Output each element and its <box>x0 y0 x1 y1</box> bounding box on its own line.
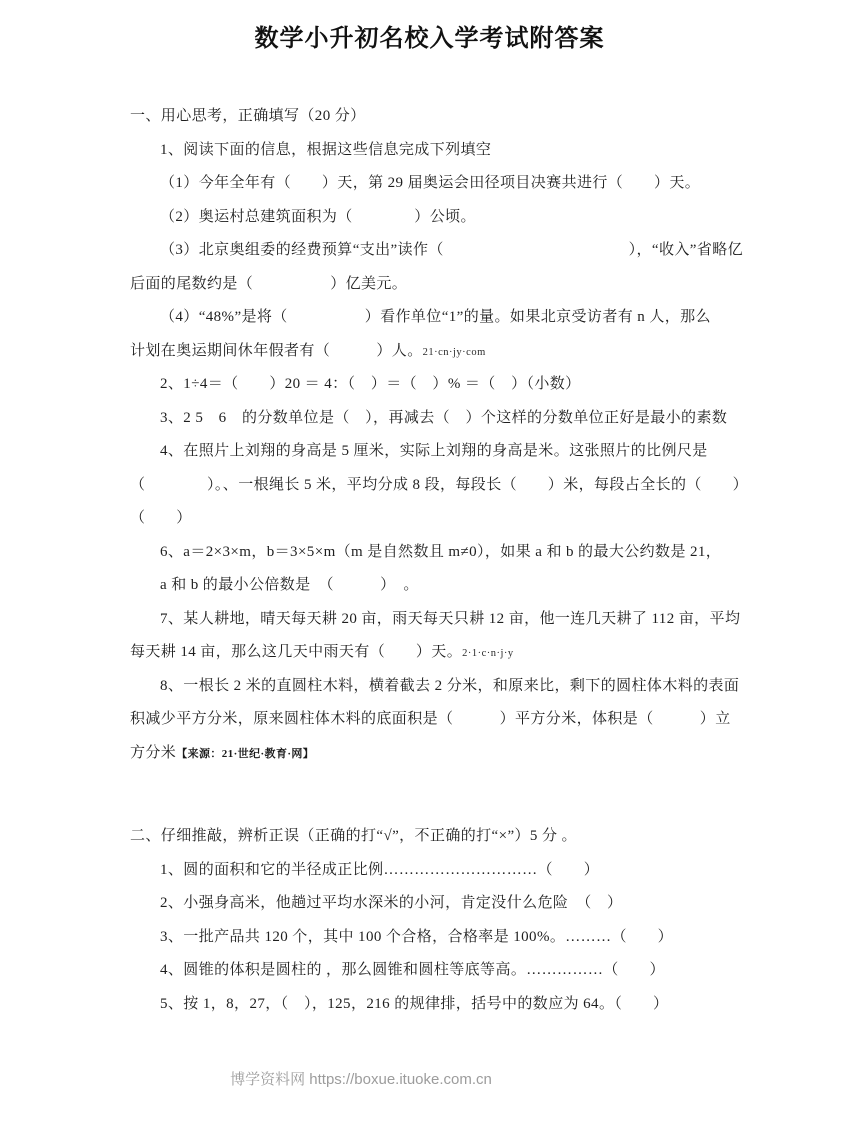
line-text: 8、一根长 2 米的直圆柱木料，横着截去 2 分米，和原来比，剩下的圆柱体木料的… <box>160 678 739 694</box>
line-text: （3）北京奥组委的经费预算“支出”读作（ ），“收入”省略亿 <box>160 242 743 258</box>
document-line: 6、a＝2×3×m，b＝3×5×m（m 是自然数且 m≠0），如果 a 和 b … <box>130 536 770 570</box>
document-body: 一、用心思考，正确填写（20 分）1、阅读下面的信息，根据这些信息完成下列填空（… <box>130 100 770 1021</box>
document-line: 2、小强身高米，他趟过平均水深米的小河，肯定没什么危险 （ ） <box>130 887 770 921</box>
document-line: 后面的尾数约是（ ）亿美元。 <box>130 268 770 302</box>
line-text: 每天耕 14 亩，那么这几天中雨天有（ ）天。 <box>130 644 462 660</box>
document-line: 方分米【来源：21·世纪·教育·网】 <box>130 737 770 771</box>
line-text: 3、一批产品共 120 个，其中 100 个合格，合格率是 100%。………（ … <box>160 929 673 945</box>
line-text: 积减少平方分米，原来圆柱体木料的底面积是（ ）平方分米，体积是（ ）立 <box>130 711 731 727</box>
line-text: （ ） <box>130 510 192 526</box>
line-text: 后面的尾数约是（ ）亿美元。 <box>130 276 407 292</box>
line-text: 5、按 1，8，27，（ ），125，216 的规律排，括号中的数应为 64。（… <box>160 996 668 1012</box>
document-line: 积减少平方分米，原来圆柱体木料的底面积是（ ）平方分米，体积是（ ）立 <box>130 703 770 737</box>
page-title: 数学小升初名校入学考试附答案 <box>0 18 859 53</box>
footer-watermark: 博学资料网 https://boxue.ituoke.com.cn <box>0 1068 722 1089</box>
line-text: a 和 b 的最小公倍数是 （ ） 。 <box>160 577 419 593</box>
document-line: 3、2 5 6 的分数单位是（ ），再减去（ ）个这样的分数单位正好是最小的素数 <box>130 402 770 436</box>
line-text: 4、在照片上刘翔的身高是 5 厘米，实际上刘翔的身高是米。这张照片的比例尺是 <box>160 443 708 459</box>
document-line: 每天耕 14 亩，那么这几天中雨天有（ ）天。2·1·c·n·j·y <box>130 636 770 670</box>
document-line: 4、在照片上刘翔的身高是 5 厘米，实际上刘翔的身高是米。这张照片的比例尺是 <box>130 435 770 469</box>
line-text: 7、某人耕地，晴天每天耕 20 亩，雨天每天只耕 12 亩，他一连几天耕了 11… <box>160 611 740 627</box>
document-line: 7、某人耕地，晴天每天耕 20 亩，雨天每天只耕 12 亩，他一连几天耕了 11… <box>130 603 770 637</box>
line-text: 方分米 <box>130 745 176 761</box>
document-line: 2、1÷4＝（ ）20 ＝ 4：（ ）＝（ ）% ＝（ ）（小数） <box>130 368 770 402</box>
document-line: （2）奥运村总建筑面积为（ ）公顷。 <box>130 201 770 235</box>
line-text: 一、用心思考，正确填写（20 分） <box>130 108 366 124</box>
line-text: （1）今年全年有（ ）天，第 29 届奥运会田径项目决赛共进行（ ）天。 <box>160 175 700 191</box>
line-text: 2、小强身高米，他趟过平均水深米的小河，肯定没什么危险 （ ） <box>160 895 622 911</box>
document-line: 计划在奥运期间休年假者有（ ）人。21·cn·jy·com <box>130 335 770 369</box>
document-line: （3）北京奥组委的经费预算“支出”读作（ ），“收入”省略亿 <box>130 234 770 268</box>
document-line: 5、按 1，8，27，（ ），125，216 的规律排，括号中的数应为 64。（… <box>130 988 770 1022</box>
document-line: 一、用心思考，正确填写（20 分） <box>130 100 770 134</box>
line-text: 1、阅读下面的信息，根据这些信息完成下列填空 <box>160 142 491 158</box>
line-text: 1、圆的面积和它的半径成正比例…………………………（ ） <box>160 862 599 878</box>
line-text: （2）奥运村总建筑面积为（ ）公顷。 <box>160 209 476 225</box>
line-text: （ ）。、一根绳长 5 米，平均分成 8 段，每段长（ ）米，每段占全长的（ ） <box>130 477 748 493</box>
document-line: 1、圆的面积和它的半径成正比例…………………………（ ） <box>130 854 770 888</box>
watermark-text: 2·1·c·n·j·y <box>462 648 514 659</box>
document-line: 二、仔细推敲，辨析正误（正确的打“√”，不正确的打“×”）5 分 。 <box>130 820 770 854</box>
line-text: 4、圆锥的体积是圆柱的 ，那么圆锥和圆柱等底等高。……………（ ） <box>160 962 665 978</box>
watermark-text: 21·cn·jy·com <box>423 347 486 358</box>
document-line: （ ） <box>130 502 770 536</box>
section-gap <box>130 770 770 820</box>
document-line: （4）“48%”是将（ ）看作单位“1”的量。如果北京受访者有 n 人，那么 <box>130 301 770 335</box>
line-text: 6、a＝2×3×m，b＝3×5×m（m 是自然数且 m≠0），如果 a 和 b … <box>160 544 721 560</box>
document-line: 3、一批产品共 120 个，其中 100 个合格，合格率是 100%。………（ … <box>130 921 770 955</box>
line-text: 二、仔细推敲，辨析正误（正确的打“√”，不正确的打“×”）5 分 。 <box>130 828 577 844</box>
document-line: 1、阅读下面的信息，根据这些信息完成下列填空 <box>130 134 770 168</box>
line-text: （4）“48%”是将（ ）看作单位“1”的量。如果北京受访者有 n 人，那么 <box>160 309 711 325</box>
line-text: 3、2 5 6 的分数单位是（ ），再减去（ ）个这样的分数单位正好是最小的素数 <box>160 410 727 426</box>
document-line: （1）今年全年有（ ）天，第 29 届奥运会田径项目决赛共进行（ ）天。 <box>130 167 770 201</box>
line-text: 2、1÷4＝（ ）20 ＝ 4：（ ）＝（ ）% ＝（ ）（小数） <box>160 376 581 392</box>
document-line: 4、圆锥的体积是圆柱的 ，那么圆锥和圆柱等底等高。……………（ ） <box>130 954 770 988</box>
document-line: a 和 b 的最小公倍数是 （ ） 。 <box>130 569 770 603</box>
line-text: 计划在奥运期间休年假者有（ ）人。 <box>130 343 423 359</box>
document-line: （ ）。、一根绳长 5 米，平均分成 8 段，每段长（ ）米，每段占全长的（ ） <box>130 469 770 503</box>
watermark-text: 【来源：21·世纪·教育·网】 <box>176 748 314 760</box>
document-line: 8、一根长 2 米的直圆柱木料，横着截去 2 分米，和原来比，剩下的圆柱体木料的… <box>130 670 770 704</box>
